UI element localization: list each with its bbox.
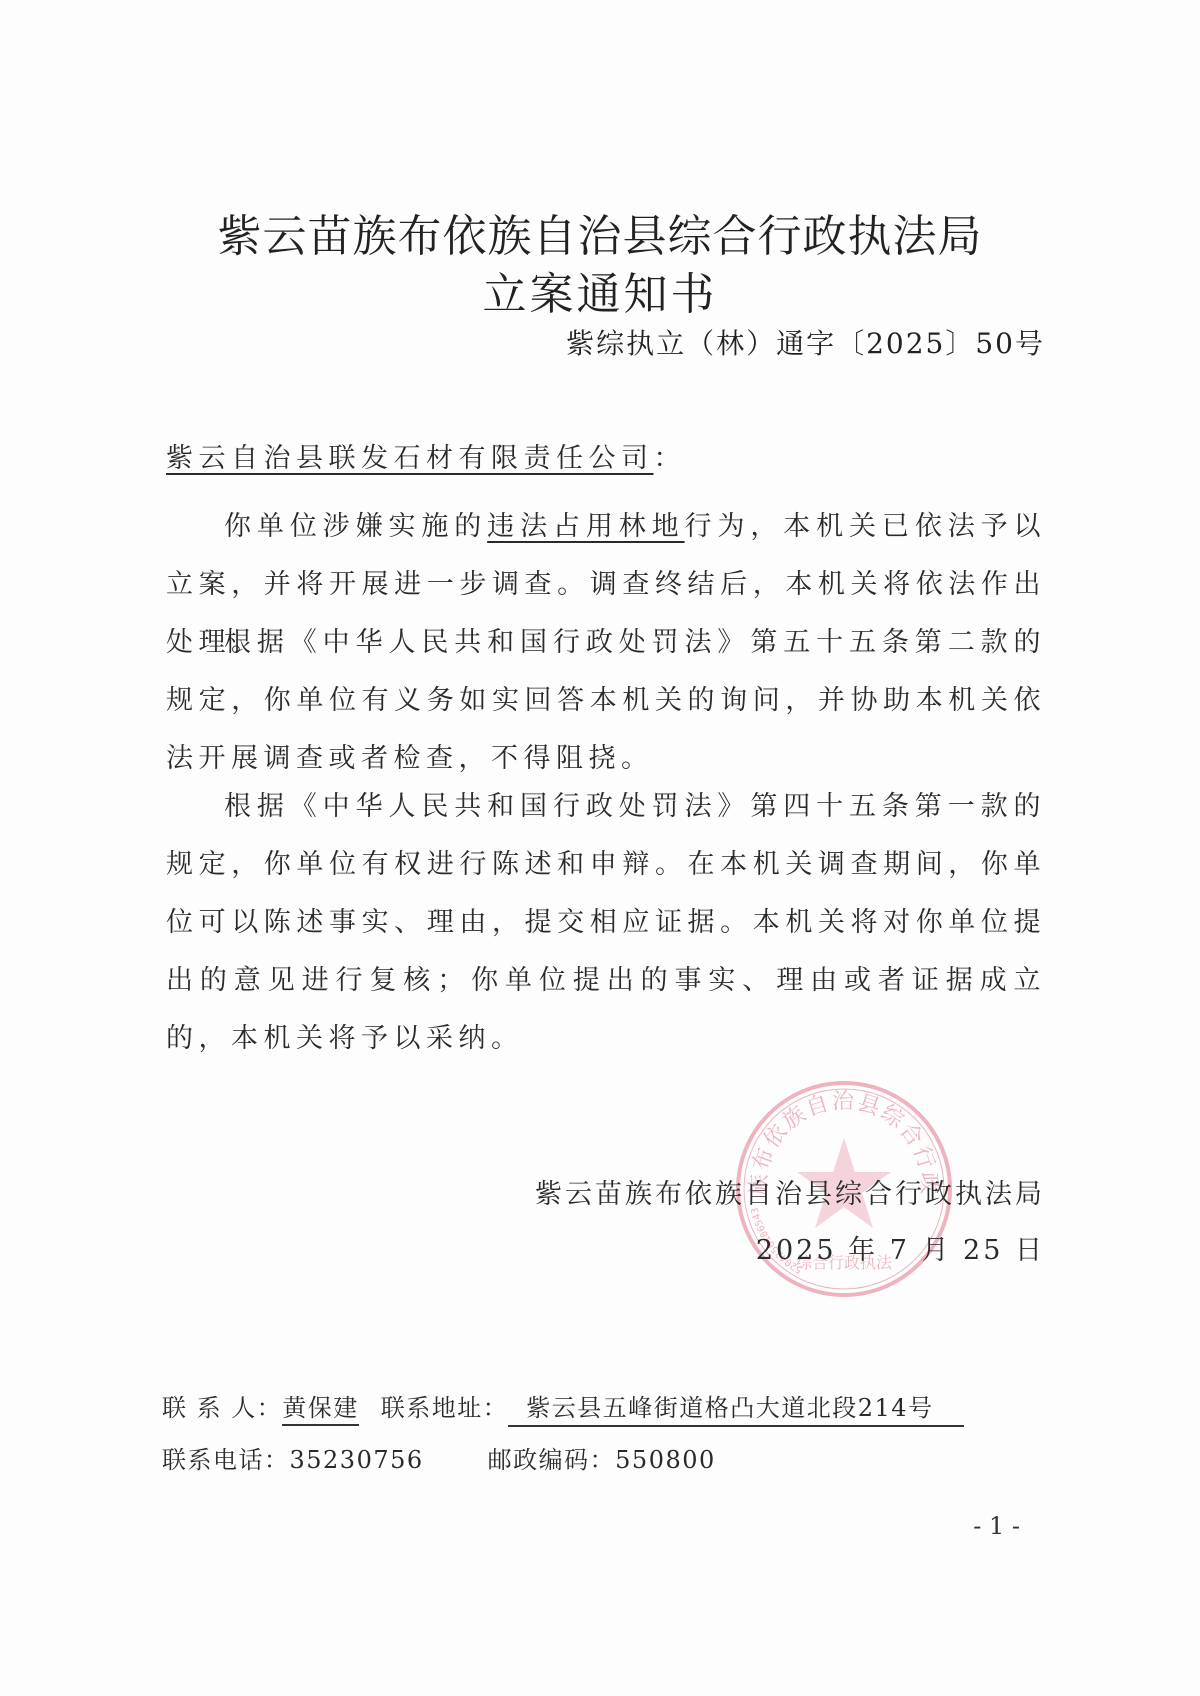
- violation-type: 违法占用林地: [487, 511, 684, 542]
- contact-phone: 35230756: [290, 1446, 424, 1474]
- postcode: 550800: [615, 1446, 716, 1474]
- document-number: 紫综执立（林）通字〔2025〕50号: [566, 322, 1045, 362]
- p3-text: 根据《中华人民共和国行政处罚法》第四十五条第一款的规定，你单位有权进行陈述和申辩…: [166, 778, 1046, 1068]
- paragraph-2: 根据《中华人民共和国行政处罚法》第五十五条第二款的规定，你单位有义务如实回答本机…: [166, 614, 1046, 788]
- recipient-name: 紫云自治县联发石材有限责任公司: [166, 443, 654, 474]
- contact-row-1: 联 系 人：黄保建联系地址：紫云县五峰街道格凸大道北段214号: [162, 1388, 964, 1427]
- signing-organization: 紫云苗族布依族自治县综合行政执法局: [445, 1172, 1045, 1211]
- p1-text-before: 你单位涉嫌实施的: [224, 511, 487, 542]
- contact-person-label: 联 系 人：: [162, 1394, 282, 1422]
- contact-address-label: 联系地址：: [381, 1394, 509, 1422]
- issuer-title: 紫云苗族布依族自治县综合行政执法局: [0, 200, 1200, 264]
- contact-person: 黄保建: [282, 1394, 359, 1426]
- page-number-text: - 1 -: [973, 1512, 1020, 1540]
- recipient: 紫云自治县联发石材有限责任公司：: [166, 430, 1046, 488]
- p2-text: 根据《中华人民共和国行政处罚法》第五十五条第二款的规定，你单位有义务如实回答本机…: [166, 614, 1046, 788]
- signing-date: 2025 年 7 月 25 日: [445, 1228, 1045, 1267]
- contact-row-2: 联系电话：35230756邮政编码：550800: [162, 1440, 716, 1475]
- postcode-label: 邮政编码：: [488, 1446, 616, 1474]
- paragraph-3: 根据《中华人民共和国行政处罚法》第四十五条第一款的规定，你单位有权进行陈述和申辩…: [166, 778, 1046, 1068]
- recipient-colon: ：: [654, 443, 687, 474]
- contact-address: 紫云县五峰街道格凸大道北段214号: [508, 1393, 963, 1427]
- contact-phone-label: 联系电话：: [162, 1446, 290, 1474]
- document-title: 立案通知书: [0, 258, 1200, 322]
- document-page: 紫云苗族布依族自治县综合行政执法局 立案通知书 紫综执立（林）通字〔2025〕5…: [0, 0, 1200, 1696]
